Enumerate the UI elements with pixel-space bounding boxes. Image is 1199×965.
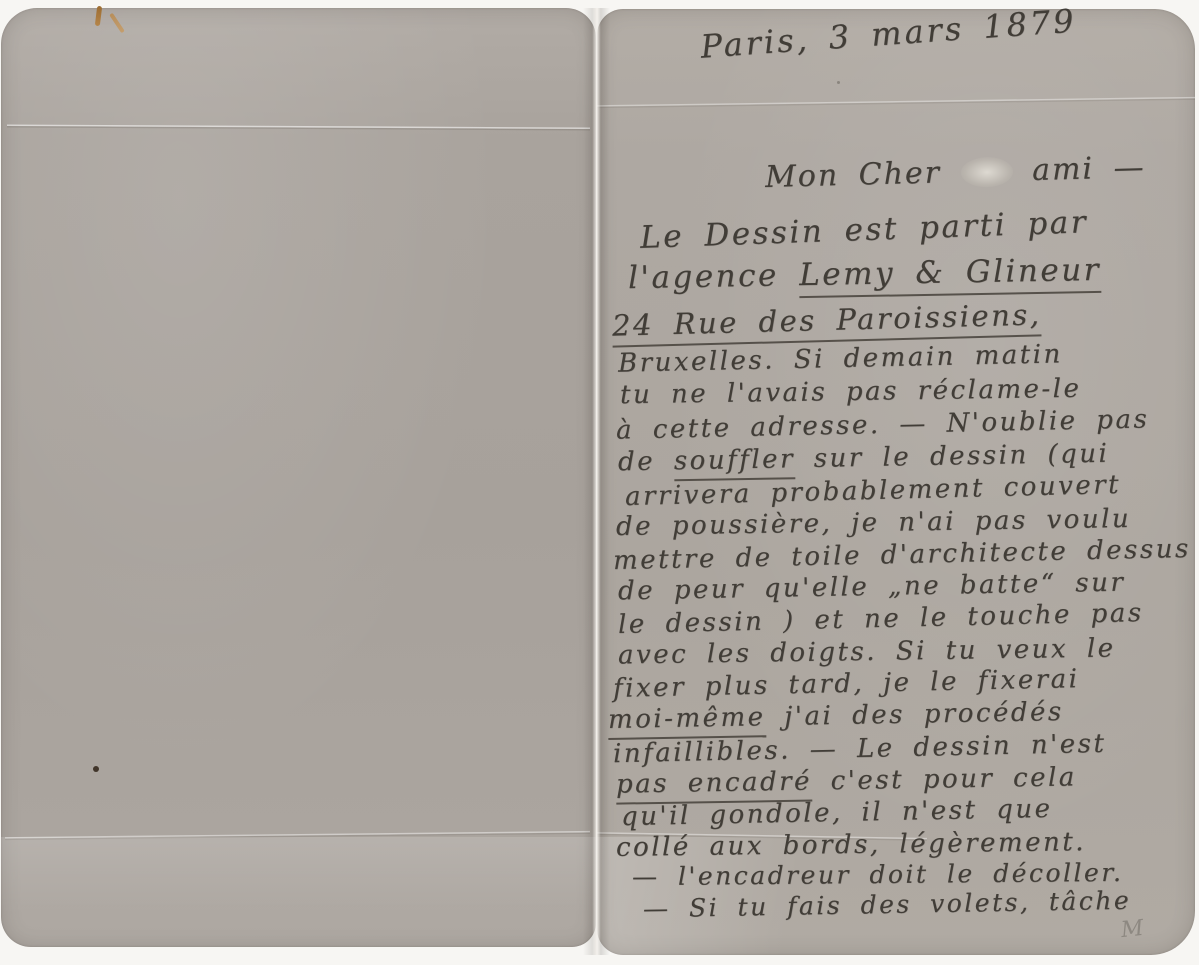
letter-scan: Paris, 3 mars 1879 Mon Cher ami — Le Des…	[0, 0, 1199, 965]
paper-speck	[837, 81, 840, 84]
underlined-text: souffler	[674, 444, 796, 481]
underlined-text: Lemy & Glineur	[799, 252, 1102, 298]
collector-mark: M	[1120, 916, 1145, 943]
erased-name-smudge	[960, 157, 1013, 188]
letter-line: — Si tu fais des volets, tâche	[643, 886, 1132, 924]
letter-text: collé aux bords, légèrement.	[616, 827, 1086, 863]
letter-text: j'ai des procédés	[765, 697, 1064, 732]
underlined-text: 24 Rue des Paroissiens,	[612, 297, 1042, 347]
fold-crease-left-bottom	[5, 831, 590, 840]
fold-highlight-left	[1, 837, 596, 947]
letter-line: Le Dessin est parti par	[640, 204, 1089, 256]
letter-text: Le Dessin est parti par	[640, 204, 1089, 256]
fold-crease-right-top	[597, 97, 1195, 108]
letter-text: l'agence	[628, 257, 800, 296]
letter-text: sur le dessin (qui	[795, 439, 1110, 474]
letter-text: de	[618, 446, 674, 477]
letter-text: c'est pour cela	[812, 762, 1077, 796]
fold-crease-left-top	[7, 124, 590, 130]
underlined-text: moi-même	[608, 702, 766, 740]
letter-page-left-blank	[1, 8, 596, 947]
letter-line: moi-même j'ai des procédés	[608, 697, 1064, 735]
salutation-line: Mon Cher ami —	[765, 150, 1146, 195]
letter-line: 24 Rue des Paroissiens,	[612, 297, 1042, 342]
rust-stain	[109, 13, 125, 33]
letter-text: — Si tu fais des volets, tâche	[643, 886, 1132, 924]
letter-page-right: Paris, 3 mars 1879 Mon Cher ami — Le Des…	[597, 9, 1195, 955]
letter-line: collé aux bords, légèrement.	[616, 827, 1086, 863]
letter-line: l'agence Lemy & Glineur	[628, 252, 1102, 296]
letter-text: tu ne l'avais pas réclame-le	[620, 374, 1082, 410]
salutation-pre: Mon Cher	[765, 155, 942, 195]
date-line: Paris, 3 mars 1879	[699, 0, 1180, 66]
ink-speck	[93, 766, 99, 772]
rust-stain	[95, 6, 102, 26]
letter-line: tu ne l'avais pas réclame-le	[620, 374, 1082, 410]
salutation-post: ami —	[1032, 150, 1146, 188]
